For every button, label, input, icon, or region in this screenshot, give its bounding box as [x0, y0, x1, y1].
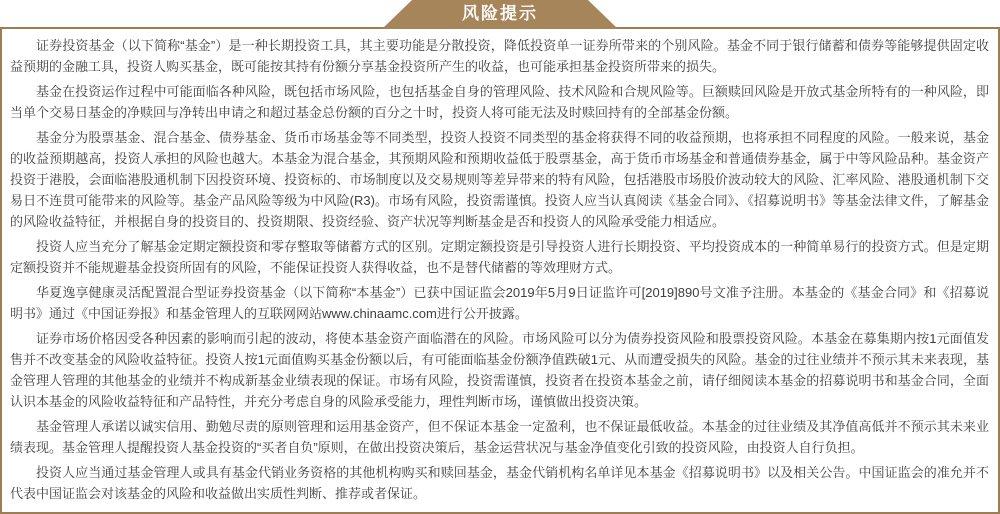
- risk-paragraph: 投资人应当充分了解基金定期定额投资和零存整取等储蓄方式的区别。定期定额投资是引导…: [10, 236, 989, 278]
- risk-paragraph: 基金管理人承诺以诚实信用、勤勉尽责的原则管理和运用基金资产，但不保证本基金一定盈…: [10, 416, 989, 458]
- risk-paragraph: 投资人应当通过基金管理人或具有基金代销业务资格的其他机构购买和赎回基金，基金代销…: [10, 462, 989, 504]
- risk-paragraph: 基金分为股票基金、混合基金、债券基金、货币市场基金等不同类型，投资人投资不同类型…: [10, 127, 989, 232]
- risk-paragraph: 证券市场价格因受各种因素的影响而引起的波动，将使本基金资产面临潜在的风险。市场风…: [10, 328, 989, 412]
- risk-paragraph: 华夏逸享健康灵活配置混合型证券投资基金（以下简称“本基金”）已获中国证监会201…: [10, 282, 989, 324]
- risk-notice-banner: 风险提示: [382, 0, 618, 29]
- page-title: 风险提示: [382, 0, 618, 27]
- risk-notice-content: 证券投资基金（以下简称“基金”）是一种长期投资工具，其主要功能是分散投资，降低投…: [0, 27, 1000, 514]
- risk-paragraph: 基金在投资运作过程中可能面临各种风险，既包括市场风险，也包括基金自身的管理风险、…: [10, 81, 989, 123]
- risk-notice-page: 风险提示 证券投资基金（以下简称“基金”）是一种长期投资工具，其主要功能是分散投…: [0, 0, 1000, 514]
- risk-paragraph: 证券投资基金（以下简称“基金”）是一种长期投资工具，其主要功能是分散投资，降低投…: [10, 35, 989, 77]
